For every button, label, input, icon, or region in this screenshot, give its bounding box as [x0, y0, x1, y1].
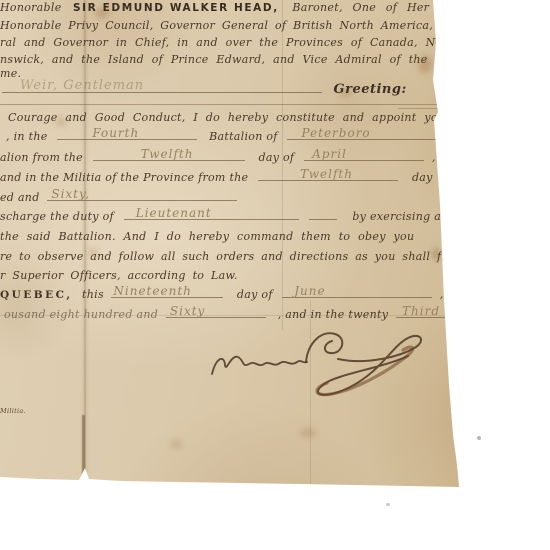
dateline-row: QUEBEC, this Nineteenth day of June ,	[0, 288, 450, 304]
day1-blank: Twelfth	[93, 160, 245, 161]
aged-paper-sheet: Honorable SIR EDMUND WALKER HEAD, Barone…	[0, 0, 550, 550]
day2-blank: Twelfth	[258, 180, 398, 181]
day-of1-text: day of	[259, 151, 295, 164]
header-line5-text: me.	[0, 67, 21, 80]
header-line-1: Honorable SIR EDMUND WALKER HEAD, Barone…	[0, 1, 450, 17]
this-word-text: this	[82, 288, 104, 301]
dust-speck	[386, 503, 390, 506]
stain-spot	[448, 160, 454, 220]
battalion-of-text: Battalion of	[209, 130, 278, 143]
thousand-fragment-text: ousand eight hundred and	[4, 308, 158, 321]
comma1-text: ,	[432, 151, 436, 164]
footer-smallprint: Militia.	[0, 407, 26, 415]
rank-handwritten: Lieutenant	[136, 206, 212, 220]
sixty1-handwritten: Sixty,	[51, 187, 90, 201]
dateline-year-row: ousand eight hundred and Sixty , and in …	[0, 308, 450, 324]
right-edge-crease	[398, 108, 438, 109]
and-in-twenty-text: , and in the twenty	[278, 308, 389, 321]
header-line1-pre: Honorable	[0, 1, 62, 14]
body-line-militia: and in the Militia of the Province from …	[0, 171, 450, 187]
dateline-comma: ,	[440, 288, 444, 301]
alion-from-the-text: alion from the	[0, 151, 83, 164]
date-day-blank: Nineteenth	[111, 297, 223, 298]
recipient-handwritten-name: Weir, Gentleman	[20, 78, 144, 93]
date-day-handwritten: Nineteenth	[113, 284, 191, 298]
reign-year-blank: Third	[396, 317, 478, 318]
observe-text: re to observe and follow all such orders…	[0, 250, 465, 263]
dust-speck	[477, 436, 481, 440]
stain-spot	[170, 440, 182, 449]
in-the-text: , in the	[6, 130, 48, 143]
faint-rule-line	[0, 104, 446, 105]
date-month-blank: June	[282, 297, 432, 298]
day1-handwritten: Twelfth	[141, 147, 194, 161]
exercising-text: by exercising and	[352, 210, 455, 223]
day-word-text: day	[412, 171, 433, 184]
year-blank: Sixty	[166, 317, 266, 318]
third-handwritten: Third	[402, 304, 440, 318]
header-line1-name: SIR EDMUND WALKER HEAD,	[73, 2, 279, 14]
header-line3-text: ral and Governor in Chief, in and over t…	[0, 36, 456, 49]
vertical-fold-crease-left-tear	[82, 415, 85, 480]
battalion-name-blank: Peterboro	[287, 139, 437, 140]
discharge-text: scharge the duty of	[0, 210, 114, 223]
sixty1-blank: Sixty,	[47, 200, 237, 201]
header-line-2: Honorable Privy Council, Governor Genera…	[0, 19, 450, 35]
rank-blank: Lieutenant	[124, 219, 299, 220]
body-courage-text: Courage and Good Conduct, I do hereby co…	[8, 111, 449, 124]
date-day-of-text: day of	[237, 288, 273, 301]
signature-scrawl-stroke	[212, 357, 307, 374]
photo-of-document: Honorable SIR EDMUND WALKER HEAD, Barone…	[0, 0, 550, 550]
footer-smallprint-text: Militia.	[0, 407, 26, 415]
body-line-courage: Courage and Good Conduct, I do hereby co…	[0, 111, 450, 127]
rank-blank-2	[309, 219, 337, 220]
sixty2-handwritten: Sixty	[170, 304, 205, 318]
battalion-number-handwritten: Fourth	[92, 126, 139, 140]
militia-text: and in the Militia of the Province from …	[0, 171, 248, 184]
body-line-from-the: alion from the Twelfth day of April ,	[0, 151, 450, 167]
header-line-3: ral and Governor in Chief, in and over t…	[0, 36, 450, 52]
day2-handwritten: Twelfth	[300, 167, 353, 181]
greeting-label: Greeting:	[334, 82, 407, 97]
body-line-battalion: , in the Fourth Battalion of Peterboro	[0, 130, 450, 146]
battalion-name-handwritten: Peterboro	[301, 126, 370, 140]
recipient-blank-line: Weir, Gentleman	[2, 92, 322, 93]
header-line2-text: Honorable Privy Council, Governor Genera…	[0, 19, 433, 32]
month1-blank: April	[304, 160, 424, 161]
header-line1-post: Baronet, One of Her	[292, 1, 429, 14]
header-line4-text: nswick, and the Island of Prince Edward,…	[0, 53, 428, 66]
command-text: the said Battalion. And I do hereby comm…	[0, 230, 414, 243]
body-line-observe: re to observe and follow all such orders…	[0, 250, 450, 266]
date-month-handwritten: June	[294, 284, 325, 298]
superior-text: r Superior Officers, according to Law.	[0, 269, 238, 282]
battalion-number-blank: Fourth	[57, 139, 197, 140]
body-line-superior: r Superior Officers, according to Law.	[0, 269, 450, 285]
place-text: QUEBEC,	[0, 289, 73, 301]
ed-and-text: ed and	[0, 191, 40, 204]
salutation-row: Weir, Gentleman Greeting:	[0, 82, 450, 98]
stain-spot	[300, 428, 316, 438]
body-line-sixty: ed and Sixty,	[0, 191, 450, 207]
body-line-duty: scharge the duty of Lieutenant by exerci…	[0, 210, 450, 226]
body-line-command: the said Battalion. And I do hereby comm…	[0, 230, 450, 246]
month1-handwritten: April	[312, 147, 347, 161]
signature-flourish	[198, 328, 433, 406]
